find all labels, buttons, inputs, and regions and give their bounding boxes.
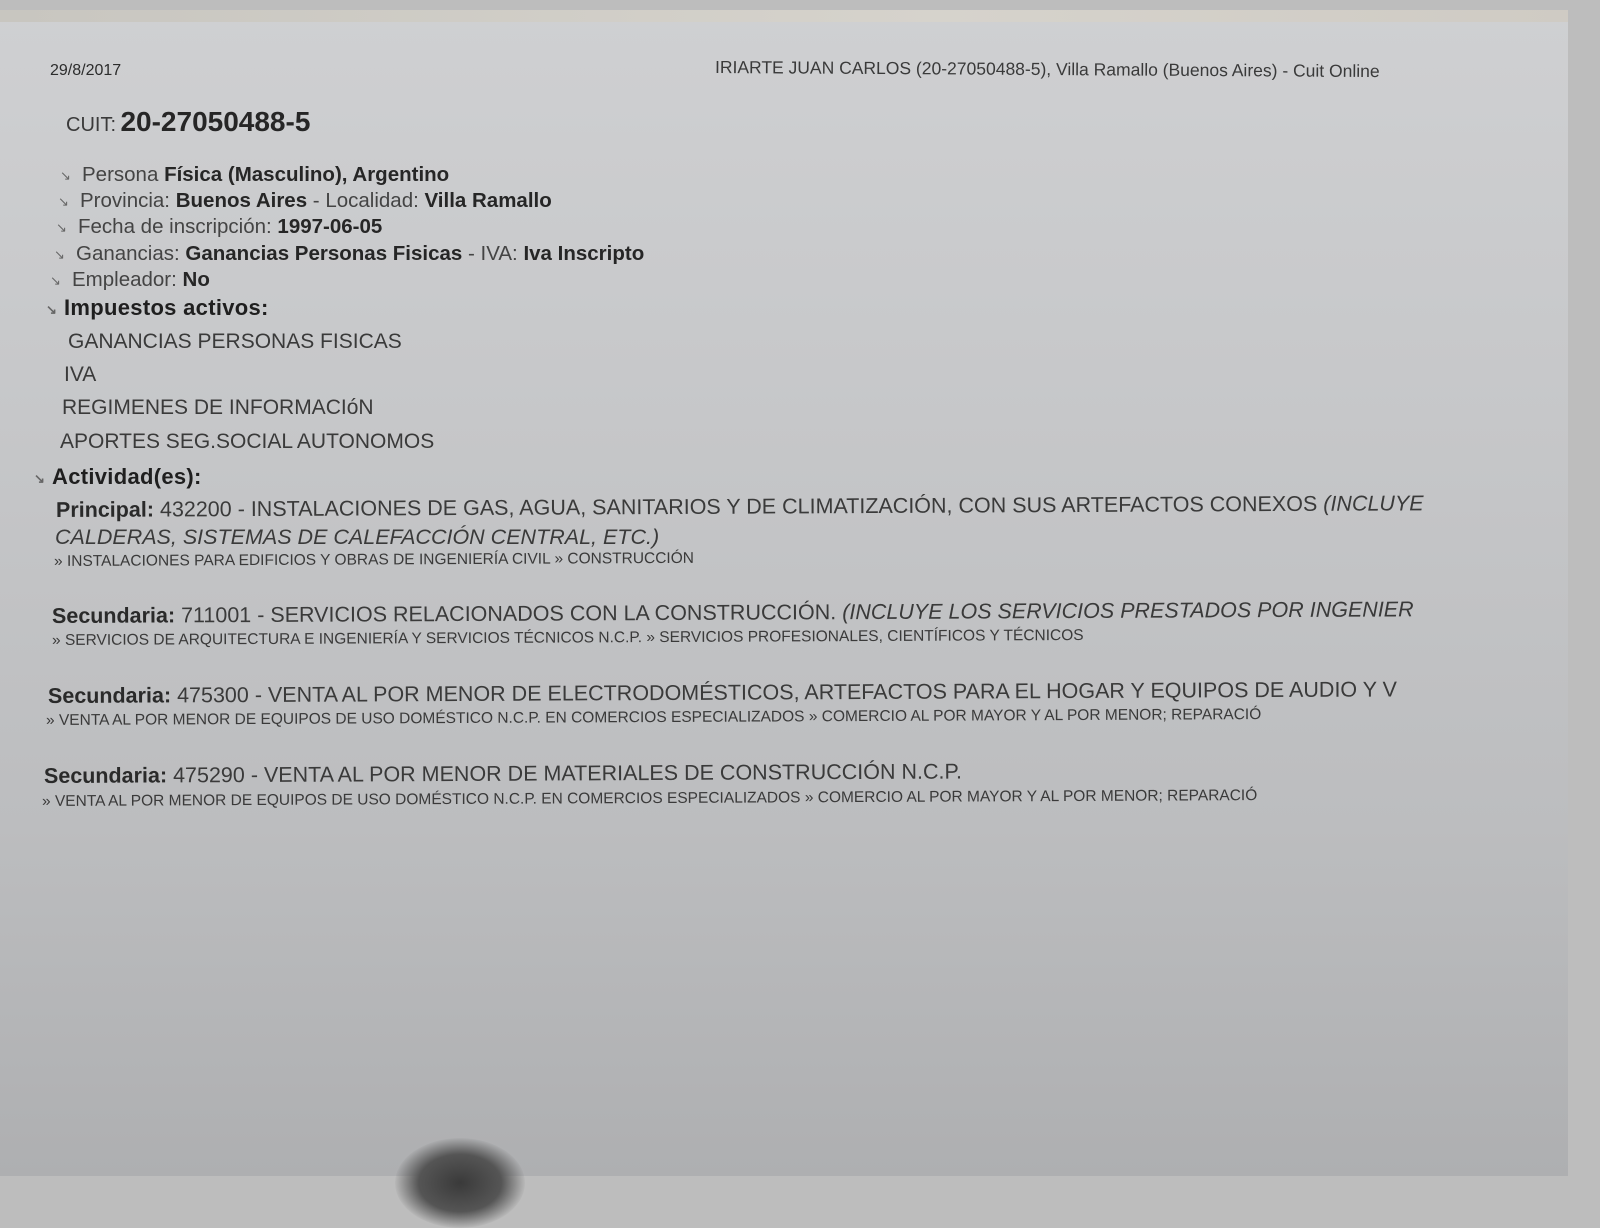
fecha-value: 1997-06-05 (277, 215, 382, 238)
activity-secundaria: Secundaria: 475290 - VENTA AL POR MENOR … (44, 760, 962, 789)
arrow-down-right-icon: ↘ (50, 273, 64, 289)
arrow-down-right-icon: ↘ (60, 168, 74, 184)
tax-item: GANANCIAS PERSONAS FISICAS (68, 330, 402, 354)
activity-principal: Principal: 432200 - INSTALACIONES DE GAS… (56, 491, 1424, 523)
iva-label: IVA: (481, 242, 518, 265)
activity-description: - INSTALACIONES DE GAS, AGUA, SANITARIOS… (232, 492, 1324, 521)
persona-prefix: Persona (82, 163, 158, 186)
provincia-value: Buenos Aires (176, 189, 307, 212)
separator: - (307, 189, 325, 212)
empleador-value: No (183, 268, 210, 291)
arrow-down-right-icon: ↘ (34, 471, 48, 487)
actividades-heading: ↘Actividad(es): (34, 464, 202, 490)
iva-value: Iva Inscripto (523, 242, 644, 265)
arrow-down-right-icon: ↘ (46, 302, 60, 318)
activity-type: Secundaria: (52, 603, 175, 628)
persona-value: Física (Masculino), Argentino (164, 163, 449, 186)
activity-type: Secundaria: (48, 683, 171, 708)
cuit-value: 20-27050488-5 (120, 106, 310, 137)
arrow-down-right-icon: ↘ (54, 247, 68, 263)
info-provincia: ↘Provincia: Buenos Aires - Localidad: Vi… (58, 189, 552, 213)
activity-secundaria: Secundaria: 711001 - SERVICIOS RELACIONA… (52, 597, 1414, 629)
impuestos-activos-heading: ↘Impuestos activos: (46, 295, 269, 321)
activity-breadcrumb: » INSTALACIONES PARA EDIFICIOS Y OBRAS D… (54, 550, 694, 571)
activity-breadcrumb: » SERVICIOS DE ARQUITECTURA E INGENIERÍA… (52, 627, 1084, 650)
arrow-down-right-icon: ↘ (56, 220, 70, 236)
activity-breadcrumb: » VENTA AL POR MENOR DE EQUIPOS DE USO D… (42, 787, 1257, 811)
info-persona: ↘Persona Física (Masculino), Argentino (60, 163, 449, 187)
activity-description: - VENTA AL POR MENOR DE MATERIALES DE CO… (245, 760, 962, 788)
activity-description: - VENTA AL POR MENOR DE ELECTRODOMÉSTICO… (249, 677, 1397, 707)
activity-note: (INCLUYE LOS SERVICIOS PRESTADOS POR ING… (842, 597, 1414, 624)
activity-description: - SERVICIOS RELACIONADOS CON LA CONSTRUC… (251, 600, 842, 627)
separator: - (462, 242, 480, 265)
fecha-label: Fecha de inscripción: (78, 215, 272, 238)
activity-type: Principal: (56, 498, 154, 522)
info-fecha-inscripcion: ↘Fecha de inscripción: 1997-06-05 (56, 215, 382, 239)
activity-code: 475300 (177, 683, 249, 707)
activity-note-continued: CALDERAS, SISTEMAS DE CALEFACCIÓN CENTRA… (55, 525, 659, 550)
activity-code: 432200 (160, 497, 232, 521)
activity-code: 475290 (173, 763, 245, 787)
tax-item: APORTES SEG.SOCIAL AUTONOMOS (60, 430, 434, 454)
activity-code: 711001 (181, 603, 251, 627)
print-date: 29/8/2017 (50, 62, 121, 80)
activity-breadcrumb: » VENTA AL POR MENOR DE EQUIPOS DE USO D… (46, 706, 1261, 730)
background-surface (0, 10, 1568, 22)
info-empleador: ↘Empleador: No (50, 268, 210, 292)
activity-note: (INCLUYE (1323, 491, 1423, 515)
finger-shadow (395, 1138, 525, 1176)
actividades-title: Actividad(es): (52, 464, 202, 489)
arrow-down-right-icon: ↘ (58, 194, 72, 210)
tax-item: IVA (64, 363, 96, 387)
tax-item: REGIMENES DE INFORMACIóN (62, 396, 374, 420)
provincia-label: Provincia: (80, 189, 170, 212)
cuit-label: CUIT: (66, 114, 116, 136)
ganancias-label: Ganancias: (76, 242, 180, 265)
print-page-title: IRIARTE JUAN CARLOS (20-27050488-5), Vil… (715, 57, 1380, 82)
printed-document-page: 29/8/2017 IRIARTE JUAN CARLOS (20-270504… (0, 10, 1568, 1176)
localidad-label: Localidad: (325, 189, 418, 212)
activity-secundaria: Secundaria: 475300 - VENTA AL POR MENOR … (48, 677, 1397, 709)
ganancias-value: Ganancias Personas Fisicas (185, 242, 462, 265)
cuit-heading: CUIT: 20-27050488-5 (66, 106, 310, 138)
activity-type: Secundaria: (44, 763, 167, 788)
empleador-label: Empleador: (72, 268, 177, 291)
info-ganancias: ↘Ganancias: Ganancias Personas Fisicas -… (54, 242, 644, 266)
localidad-value: Villa Ramallo (425, 189, 552, 212)
impuestos-title: Impuestos activos: (64, 295, 269, 320)
